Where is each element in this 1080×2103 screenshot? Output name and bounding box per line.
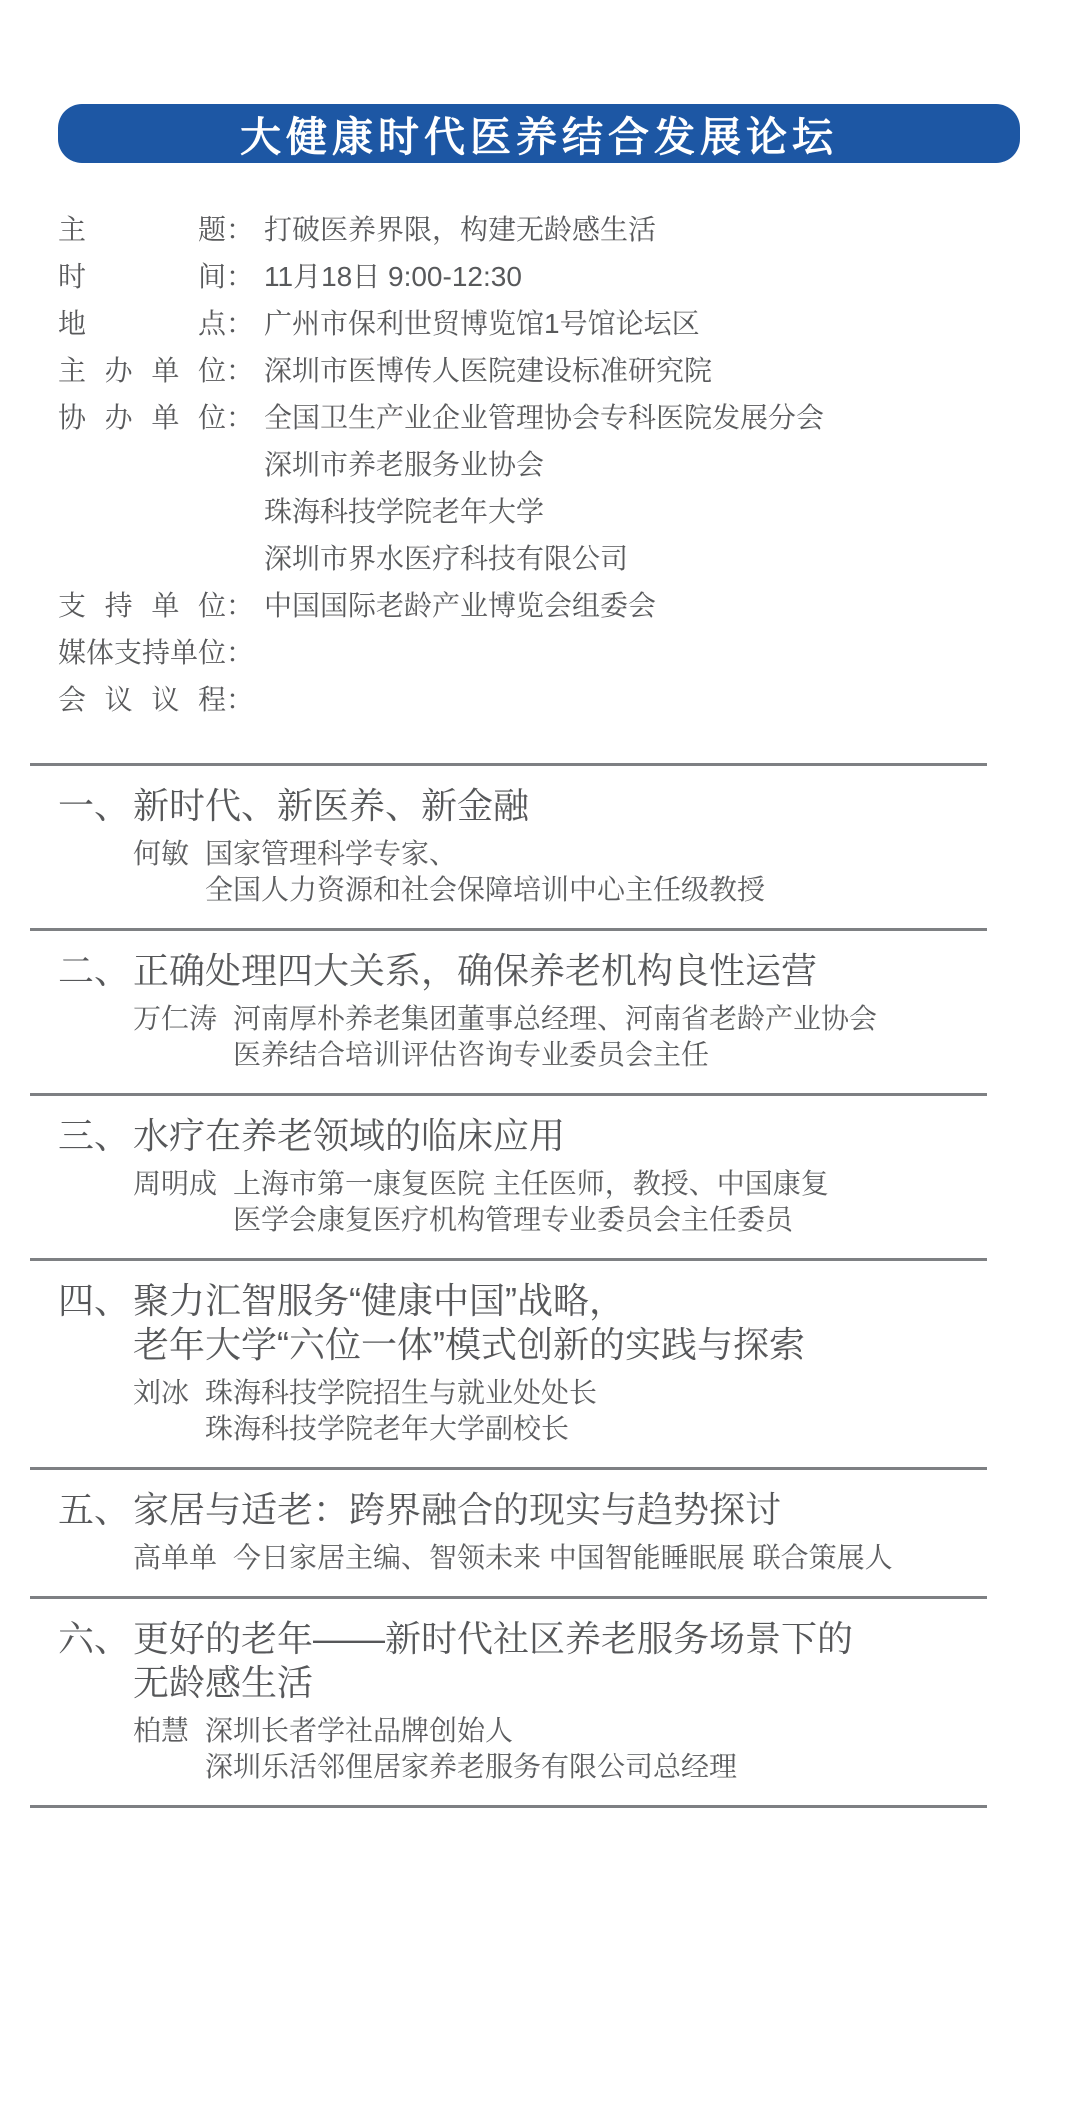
meta-label: 协办单位 [58, 394, 226, 441]
agenda-item-title-row: 二、 正确处理四大关系，确保养老机构良性运营 [58, 949, 987, 993]
speaker-row: 周明成 上海市第一康复医院 主任医师，教授、中国康复 医学会康复医疗机构管理专业… [133, 1166, 987, 1238]
meta-value: 珠海科技学院老年大学 [264, 488, 1038, 535]
agenda-item-title: 正确处理四大关系，确保养老机构良性运营 [133, 949, 987, 993]
meta-colon: ： [226, 253, 254, 300]
meta-value: 全国卫生产业企业管理协会专科医院发展分会 [264, 394, 1038, 441]
agenda-item-number: 六、 [58, 1617, 133, 1705]
speaker-affiliation: 医学会康复医疗机构管理专业委员会主任委员 [233, 1202, 987, 1238]
speaker-affiliation: 今日家居主编、智领未来 中国智能睡眠展 联合策展人 [233, 1540, 987, 1576]
speaker-row: 刘冰 珠海科技学院招生与就业处处长 珠海科技学院老年大学副校长 [133, 1375, 987, 1447]
agenda-item-title: 更好的老年——新时代社区养老服务场景下的 [133, 1617, 987, 1661]
speaker-affiliation: 上海市第一康复医院 主任医师，教授、中国康复 [233, 1166, 987, 1202]
speaker-name: 刘冰 [133, 1375, 189, 1447]
speaker-name: 周明成 [133, 1166, 217, 1238]
meta-row-agenda-heading: 会议议程 ： [58, 676, 1038, 723]
agenda-item-title-row: 五、 家居与适老：跨界融合的现实与趋势探讨 [58, 1488, 987, 1532]
speaker-affiliation: 珠海科技学院招生与就业处处长 [205, 1375, 987, 1411]
meta-colon: ： [226, 394, 254, 441]
speaker-row: 高单单 今日家居主编、智领未来 中国智能睡眠展 联合策展人 [133, 1540, 987, 1576]
speaker-name: 高单单 [133, 1540, 217, 1576]
speaker-affiliation: 全国人力资源和社会保障培训中心主任级教授 [205, 872, 987, 908]
agenda-item-1: 一、 新时代、新医养、新金融 何敏 国家管理科学专家、 全国人力资源和社会保障培… [30, 763, 987, 928]
speaker-affiliation: 深圳乐活邻俚居家养老服务有限公司总经理 [205, 1749, 987, 1785]
speaker-row: 万仁涛 河南厚朴养老集团董事总经理、河南省老龄产业协会 医养结合培训评估咨询专业… [133, 1001, 987, 1073]
meta-colon: ： [226, 629, 254, 676]
agenda-section: 一、 新时代、新医养、新金融 何敏 国家管理科学专家、 全国人力资源和社会保障培… [30, 763, 987, 1808]
meta-section: 主题 ： 打破医养界限，构建无龄感生活 时间 ： 11月18日 9:00-12:… [58, 206, 1038, 723]
agenda-item-number: 四、 [58, 1279, 133, 1367]
meta-colon: ： [226, 676, 254, 723]
speaker-row: 何敏 国家管理科学专家、 全国人力资源和社会保障培训中心主任级教授 [133, 836, 987, 908]
meta-row-supporter: 支持单位 ： 中国国际老龄产业博览会组委会 [58, 582, 1038, 629]
meta-label: 会议议程 [58, 676, 226, 723]
agenda-item-3: 三、 水疗在养老领域的临床应用 周明成 上海市第一康复医院 主任医师，教授、中国… [30, 1093, 987, 1258]
agenda-item-number: 二、 [58, 949, 133, 993]
meta-value: 深圳市界水医疗科技有限公司 [264, 535, 1038, 582]
agenda-item-2: 二、 正确处理四大关系，确保养老机构良性运营 万仁涛 河南厚朴养老集团董事总经理… [30, 928, 987, 1093]
speaker-affiliation: 珠海科技学院老年大学副校长 [205, 1411, 987, 1447]
forum-title-banner: 大健康时代医养结合发展论坛 [58, 104, 1020, 163]
meta-colon: ： [226, 300, 254, 347]
agenda-item-title: 水疗在养老领域的临床应用 [133, 1114, 987, 1158]
speaker-name: 何敏 [133, 836, 189, 908]
meta-label: 主办单位 [58, 347, 226, 394]
meta-row-time: 时间 ： 11月18日 9:00-12:30 [58, 253, 1038, 300]
agenda-item-title: 老年大学“六位一体”模式创新的实践与探索 [133, 1323, 987, 1367]
meta-value: 11月18日 9:00-12:30 [264, 253, 1038, 300]
agenda-item-title-row: 一、 新时代、新医养、新金融 [58, 784, 987, 828]
meta-value: 深圳市养老服务业协会 [264, 441, 1038, 488]
agenda-item-title: 聚力汇智服务“健康中国”战略， [133, 1279, 987, 1323]
agenda-item-4: 四、 聚力汇智服务“健康中国”战略， 老年大学“六位一体”模式创新的实践与探索 … [30, 1258, 987, 1467]
meta-row-location: 地点 ： 广州市保利世贸博览馆1号馆论坛区 [58, 300, 1038, 347]
meta-label: 地点 [58, 300, 226, 347]
meta-value: 中国国际老龄产业博览会组委会 [264, 582, 1038, 629]
speaker-affiliation: 深圳长者学社品牌创始人 [205, 1713, 987, 1749]
meta-row-host: 主办单位 ： 深圳市医博传人医院建设标准研究院 [58, 347, 1038, 394]
meta-value: 深圳市医博传人医院建设标准研究院 [264, 347, 1038, 394]
meta-row-topic: 主题 ： 打破医养界限，构建无龄感生活 [58, 206, 1038, 253]
meta-colon: ： [226, 582, 254, 629]
agenda-item-title: 家居与适老：跨界融合的现实与趋势探讨 [133, 1488, 987, 1532]
agenda-item-number: 五、 [58, 1488, 133, 1532]
meta-colon: ： [226, 347, 254, 394]
speaker-name: 万仁涛 [133, 1001, 217, 1073]
agenda-item-number: 三、 [58, 1114, 133, 1158]
meta-label: 主题 [58, 206, 226, 253]
meta-label: 支持单位 [58, 582, 226, 629]
agenda-item-5: 五、 家居与适老：跨界融合的现实与趋势探讨 高单单 今日家居主编、智领未来 中国… [30, 1467, 987, 1596]
agenda-item-number: 一、 [58, 784, 133, 828]
agenda-item-title-row: 三、 水疗在养老领域的临床应用 [58, 1114, 987, 1158]
forum-title: 大健康时代医养结合发展论坛 [240, 104, 838, 163]
meta-label: 媒体支持单位 [58, 629, 226, 676]
document-page: 大健康时代医养结合发展论坛 主题 ： 打破医养界限，构建无龄感生活 时间 ： 1… [0, 0, 1080, 2103]
meta-row-media-supporter: 媒体支持单位 ： [58, 629, 1038, 676]
agenda-item-title: 无龄感生活 [133, 1661, 987, 1705]
speaker-affiliation: 河南厚朴养老集团董事总经理、河南省老龄产业协会 [233, 1001, 987, 1037]
agenda-item-title-row: 六、 更好的老年——新时代社区养老服务场景下的 无龄感生活 [58, 1617, 987, 1705]
agenda-item-title: 新时代、新医养、新金融 [133, 784, 987, 828]
meta-value: 打破医养界限，构建无龄感生活 [264, 206, 1038, 253]
meta-value: 广州市保利世贸博览馆1号馆论坛区 [264, 300, 1038, 347]
speaker-name: 柏慧 [133, 1713, 189, 1785]
meta-label: 时间 [58, 253, 226, 300]
speaker-affiliation: 医养结合培训评估咨询专业委员会主任 [233, 1037, 987, 1073]
agenda-item-title-row: 四、 聚力汇智服务“健康中国”战略， 老年大学“六位一体”模式创新的实践与探索 [58, 1279, 987, 1367]
meta-row-coorganizers: 协办单位 ： 全国卫生产业企业管理协会专科医院发展分会 深圳市养老服务业协会 珠… [58, 394, 1038, 582]
meta-colon: ： [226, 206, 254, 253]
speaker-row: 柏慧 深圳长者学社品牌创始人 深圳乐活邻俚居家养老服务有限公司总经理 [133, 1713, 987, 1785]
agenda-item-6: 六、 更好的老年——新时代社区养老服务场景下的 无龄感生活 柏慧 深圳长者学社品… [30, 1596, 987, 1805]
speaker-affiliation: 国家管理科学专家、 [205, 836, 987, 872]
